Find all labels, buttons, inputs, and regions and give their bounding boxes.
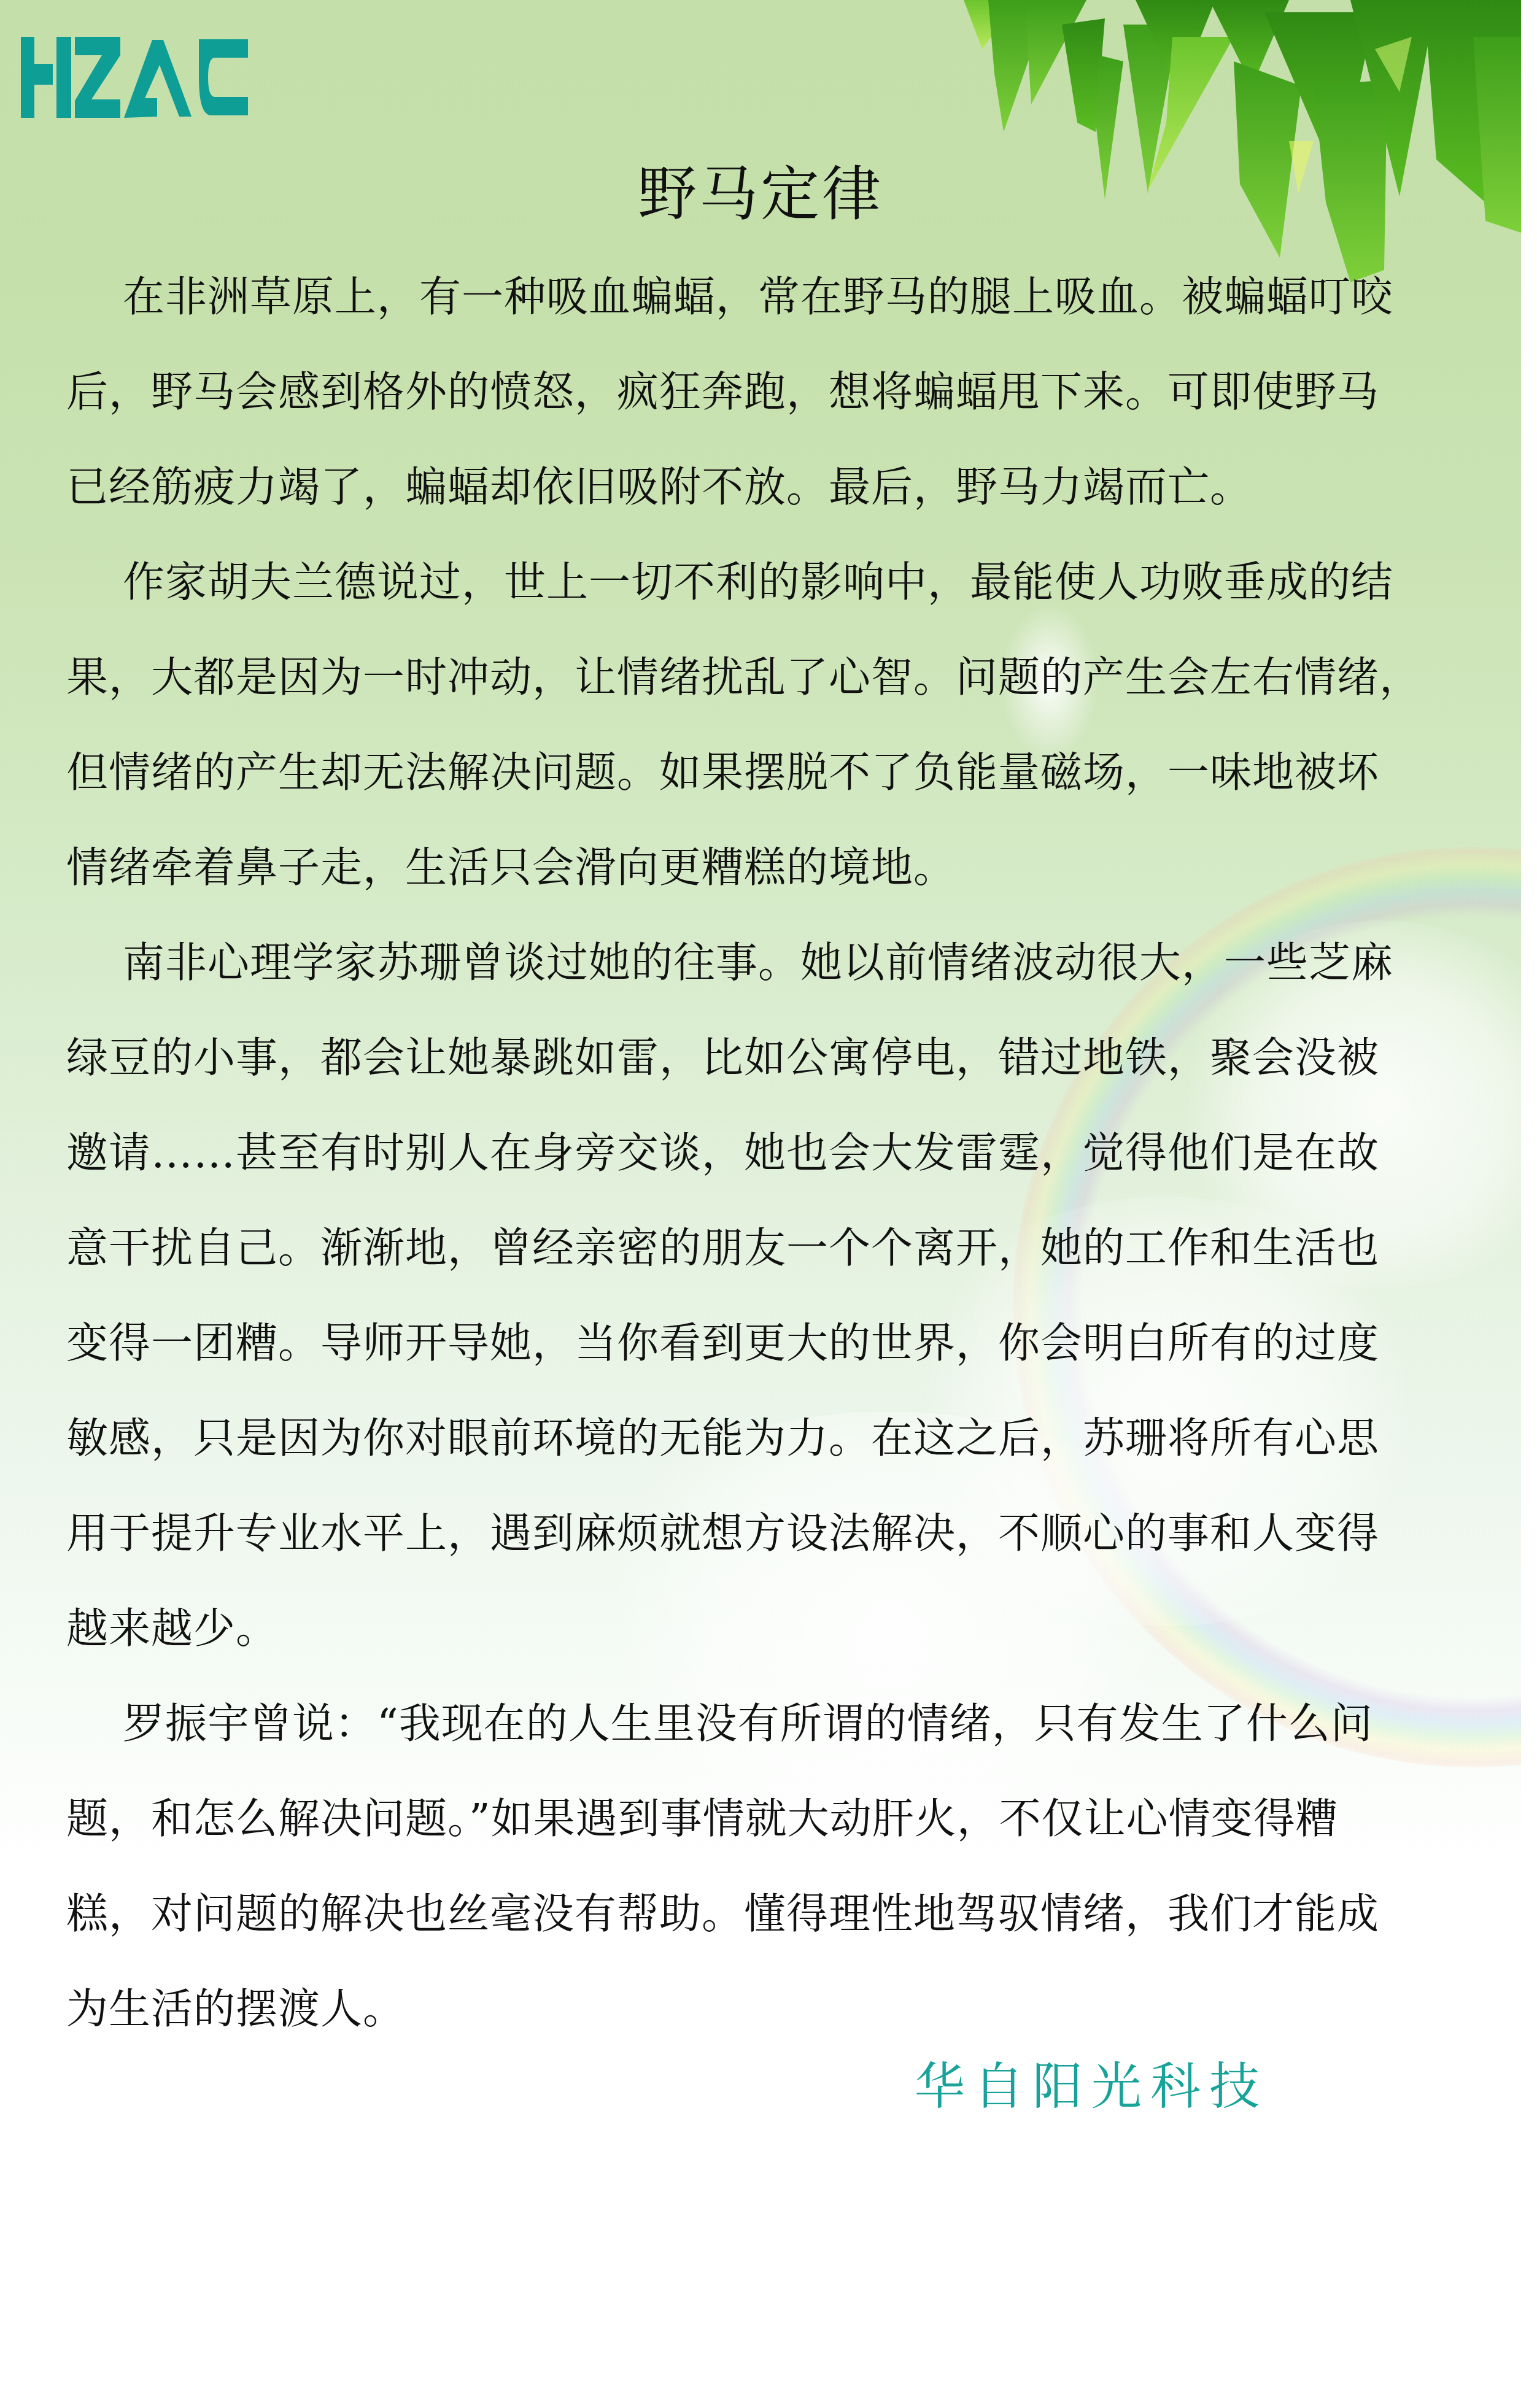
paragraph-4-line: 罗振宇曾说：“我现在的人生里没有所谓的情绪，只有发生了什么问 (123, 1700, 1373, 1749)
paragraph-3-line: 越来越少。 (66, 1605, 278, 1654)
paragraph-2-line: 但情绪的产生却无法解决问题。如果摆脱不了负能量磁场，一味地被坏 (66, 749, 1379, 798)
paragraph-1-line: 在非洲草原上，有一种吸血蝙蝠，常在野马的腿上吸血。被蝙蝠叮咬 (123, 273, 1393, 322)
paragraph-2-line: 情绪牵着鼻子走，生活只会滑向更糟糕的境地。 (66, 844, 956, 893)
cloud-decoration (552, 1411, 1228, 1841)
paragraph-3-line: 敏感，只是因为你对眼前环境的无能为力。在这之后，苏珊将所有心思 (66, 1414, 1379, 1464)
company-signature: 华自阳光科技 (915, 2047, 1268, 2118)
paragraph-3-line: 南非心理学家苏珊曾谈过她的往事。她以前情绪波动很大，一些芝麻 (123, 939, 1393, 988)
paragraph-4-line: 为生活的摆渡人。 (66, 1985, 405, 2034)
paragraph-4-line: 题，和怎么解决问题。”如果遇到事情就大动肝火，不仅让心情变得糟 (66, 1795, 1338, 1844)
paragraph-3-line: 绿豆的小事，都会让她暴跳如雷，比如公寓停电，错过地铁，聚会没被 (66, 1034, 1379, 1083)
paragraph-1-line: 后，野马会感到格外的愤怒，疯狂奔跑，想将蝙蝠甩下来。可即使野马 (66, 368, 1379, 417)
green-leaves-decoration (945, 0, 1521, 282)
hzac-logo (21, 37, 248, 123)
page-title: 野马定律 (0, 147, 1521, 231)
paragraph-3-line: 意干扰自己。渐渐地，曾经亲密的朋友一个个离开，她的工作和生活也 (66, 1224, 1379, 1273)
paragraph-2-line: 作家胡夫兰德说过，世上一切不利的影响中，最能使人功败垂成的结 (123, 558, 1393, 608)
document-page: 野马定律 在非洲草原上，有一种吸血蝙蝠，常在野马的腿上吸血。被蝙蝠叮咬 后，野马… (0, 0, 1521, 2408)
paragraph-3-line: 变得一团糟。导师开导她，当你看到更大的世界，你会明白所有的过度 (66, 1319, 1379, 1368)
page-margin (1521, 0, 1537, 2408)
paragraph-4-line: 糕，对问题的解决也丝毫没有帮助。懂得理性地驾驭情绪，我们才能成 (66, 1890, 1379, 1939)
paragraph-3-line: 用于提升专业水平上，遇到麻烦就想方设法解决，不顺心的事和人变得 (66, 1510, 1379, 1559)
paragraph-2-line: 果，大都是因为一时冲动，让情绪扰乱了心智。问题的产生会左右情绪， (66, 654, 1422, 703)
paragraph-1-line: 已经筋疲力竭了，蝙蝠却依旧吸附不放。最后，野马力竭而亡。 (66, 463, 1252, 512)
paragraph-3-line: 邀请……甚至有时别人在身旁交谈，她也会大发雷霆，觉得他们是在故 (66, 1129, 1379, 1178)
